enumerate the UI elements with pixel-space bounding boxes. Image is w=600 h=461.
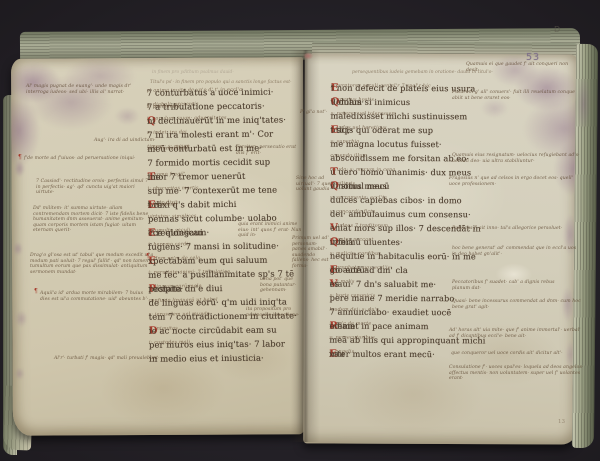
margin-note: 7 Cassiod'· rectitudine orois· perfectis… [36, 179, 154, 196]
margin-note: Al'r'· turbati f' magis· qd' mali preual… [54, 356, 184, 362]
margin-note: Sine hoc ad uirtual'· 7 que uolunt gaudi… [296, 176, 332, 193]
margin-note: Fragosius n' que ad celsos in ergo docet… [449, 176, 583, 187]
margin-note: Quasi· bene incessurus commendat ad dnm·… [452, 299, 582, 310]
margin-note: Aug'· ira di ad uindictam· [94, 138, 158, 144]
margin-note: Consulatione f'· uoces spal'es· loquela … [449, 365, 585, 382]
margin-note: P' gl'a not'· [300, 110, 332, 116]
margin-note: que conqueror uel uoce cordis ait' dicit… [451, 351, 581, 357]
margin-note: Quamuis eius resignatum· uelocius refugi… [452, 153, 584, 164]
margin-note: Futurum g' all' conuers'· fuit illi reue… [452, 90, 580, 101]
rubric-paragraph-mark: ¶ [34, 289, 38, 295]
quire-mark: 13 [558, 419, 565, 425]
left-heading-gloss: Titul's ps'· in finem pro populo qui a s… [150, 80, 292, 85]
margin-note: f'de morte ad f'uiuos· ad peruersatione … [24, 156, 150, 162]
margin-note: hoc bene generat' ad' commendat que in e… [452, 246, 582, 257]
gutter-gloss: uana pot' que bona putantur· gehennam· [260, 277, 306, 294]
corner-pencil-mark: D [554, 25, 560, 34]
margin-note: Publicus f' ait inno· tal's allegorice p… [452, 226, 578, 232]
margin-note: Quamuis ei que gaudet f' ait conqueri no… [466, 62, 578, 73]
gutter-gloss: ita propositum pro postposito inuectione… [246, 307, 304, 318]
show-through-text: in finem pro ydithum psalmus dauid· [152, 70, 234, 75]
purple-stain-top-left [11, 57, 166, 195]
rubric-paragraph-mark: ¶ [18, 155, 22, 161]
headband [301, 52, 315, 62]
margin-note: Dd' militem· it' summa uirtute· aliam co… [33, 206, 155, 234]
margin-note: Al' magis pugnat de euang'· unde magis d… [26, 84, 148, 95]
right-page-text-column: feneratores seculi gen'al'r 7 spal'r hic… [329, 84, 480, 365]
manuscript-photo: in finem pro ydithum psalmus dauid· Titu… [0, 0, 600, 461]
margin-note: Peccatoribus f' suadet· cab' a dignis re… [452, 280, 574, 291]
rubric-paragraph-mark: ¶ [146, 254, 150, 260]
margin-note: Primum uel ad' personam· panes amabil'· … [292, 236, 332, 270]
margin-note: Aquil'a id' ardua morte mirabilem· 7 hui… [40, 291, 154, 302]
margin-note: Drag'o gl'osa est ut' tabul' que modum e… [30, 253, 154, 275]
page-number: 53 [526, 52, 540, 63]
margin-note: Ad' horas alt' uia mite· que f' anime im… [449, 328, 582, 339]
gutter-gloss: Forsitan· persecutio erat diis f' erit· [236, 145, 302, 156]
